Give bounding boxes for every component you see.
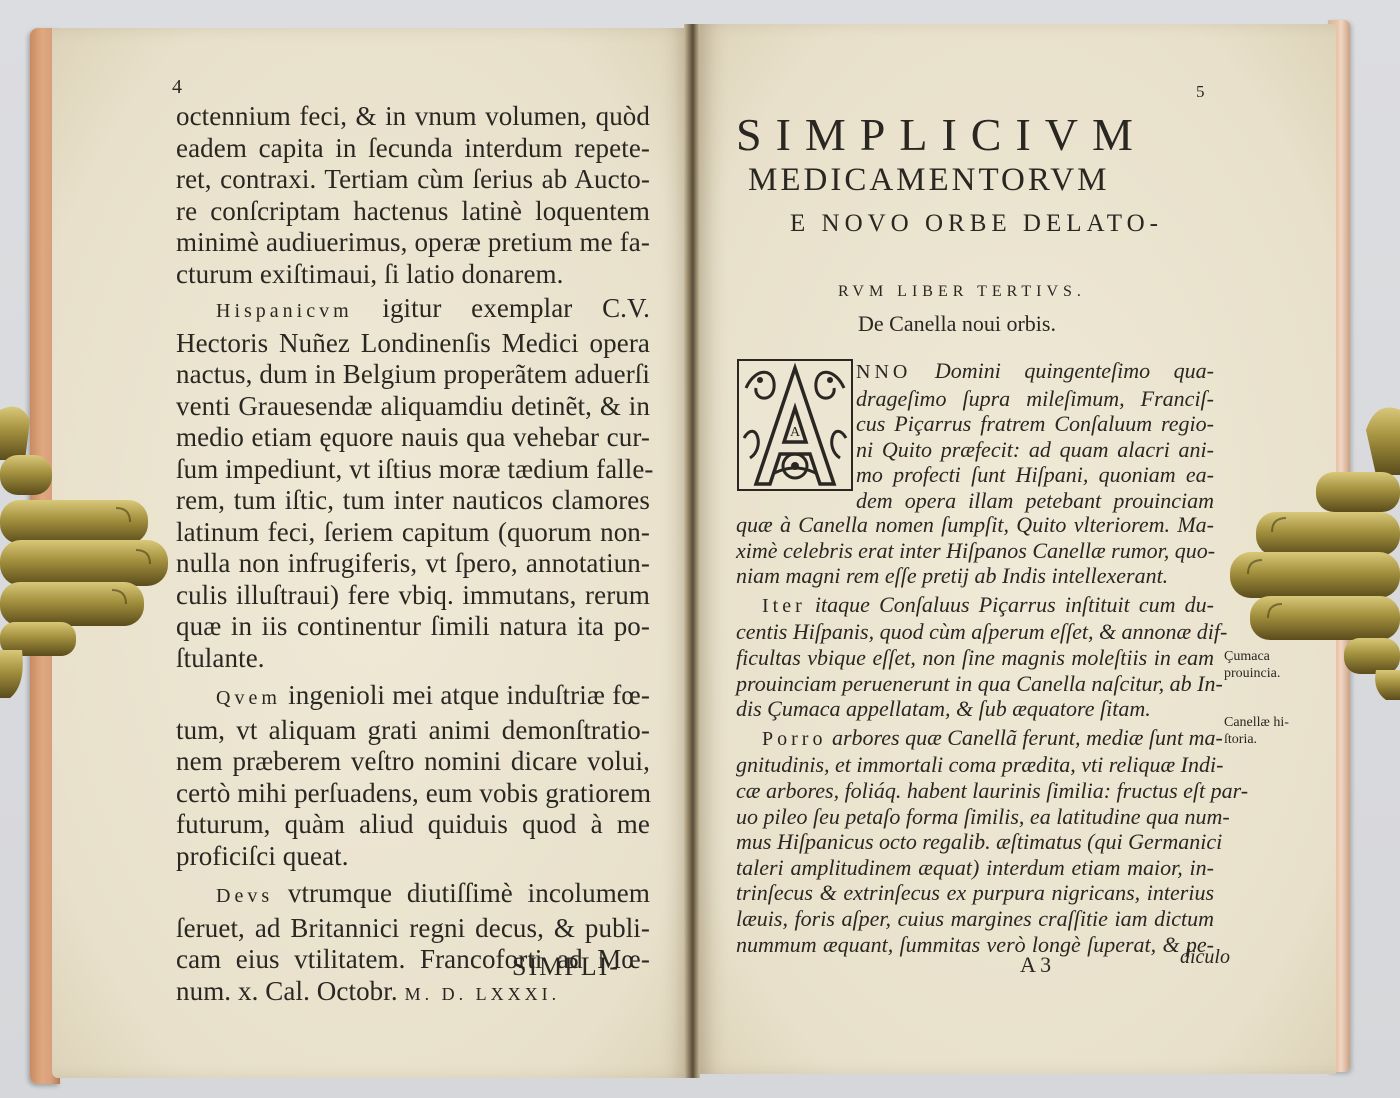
text-line: cturum exiſtimaui, ſi latio donarem.	[176, 259, 650, 291]
paragraph-start: Devs vtrumque diutiſſimè incolumem	[176, 878, 650, 913]
text-line: mo profecti ſunt Hiſpani, quoniam ea-	[856, 462, 1214, 488]
text-line: ficultas vbique eſſet, non ſine magnis m…	[736, 645, 1214, 671]
text-line: octennium feci, & in vnum volumen, quòd	[176, 101, 650, 133]
title-line-1: SIMPLICIVM	[736, 108, 1211, 161]
text-line: quæ in iis continentur ſimili natura ita…	[176, 611, 650, 643]
text-line: re conſcriptam hactenus latinè loquentem	[176, 196, 650, 228]
text-line: venti Grauesendæ aliquamdiu detinẽt, & i…	[176, 391, 650, 423]
text-line: ni Quito præfecit: ad quam alacri ani-	[856, 437, 1214, 463]
date-small-caps: M. D. LXXXI.	[405, 984, 561, 1004]
marginal-note: Canellæ hi- ſtoria.	[1224, 714, 1289, 748]
text-line: ximè celebris erat inter Hiſpanos Canell…	[736, 538, 1214, 564]
catchword-left: SIMPLI-	[512, 952, 620, 982]
svg-text:A: A	[790, 425, 801, 440]
text-line: læuis, foris aſper, cuius margines craſſ…	[736, 906, 1214, 932]
text-line: ſum impediunt, vt iſtius moræ tædium fal…	[176, 454, 650, 486]
text-line: nem præberem veſtro nomini dicare volui,	[176, 746, 650, 778]
folio-right: 5	[1196, 82, 1205, 102]
text-line: quæ à Canella nomen ſumpſit, Quito vlter…	[736, 512, 1214, 538]
photo-scene: 4 octennium feci, & in vnum volumen, quò…	[0, 0, 1400, 1098]
text-line: taleri amplitudinem æquat) interdum etia…	[736, 855, 1214, 881]
text-line: medio etiam ęquore nauis qua vehebar cur…	[176, 422, 650, 454]
chapter-heading: De Canella noui orbis.	[858, 311, 1056, 337]
text-line: cæ arbores, foliáq. habent laurinis ſimi…	[736, 778, 1214, 804]
text-line: cus Piçarrus fratrem Conſaluum regio-	[856, 411, 1214, 437]
text-line: rem, tum iſtic, tum inter nauticos clamo…	[176, 485, 650, 517]
text-line: ret, contraxi. Tertiam cùm ſerius ab Auc…	[176, 164, 650, 196]
text-line: centis Hiſpanis, quod cùm aſperum eſſet,…	[736, 619, 1214, 645]
small-caps-lead: Qvem	[216, 687, 281, 709]
text-line: mus Hiſpanicus octo regalib. æſtimatus (…	[736, 829, 1214, 855]
text-line: eadem capita in ſecunda interdum repete-	[176, 133, 650, 165]
text-line: proficiſci queat.	[176, 841, 650, 873]
small-caps-lead: Iter	[762, 595, 806, 617]
text-line: ſtulante.	[176, 643, 650, 675]
text-line: tum, vt aliquam grati animi demonſtratio…	[176, 715, 650, 747]
paragraph-start: NNO Domini quingenteſimo qua-	[856, 358, 1214, 386]
book-gutter	[684, 24, 700, 1078]
right-para-1-top: NNO Domini quingenteſimo qua- drageſimo …	[856, 358, 1214, 514]
folio-left: 4	[172, 76, 182, 99]
text-line: nummum æquant, ſummitas verò longè ſuper…	[736, 932, 1214, 958]
text-line: nactus, dum in Belgium properãtem aduerſ…	[176, 359, 650, 391]
signature-mark: A 3	[1020, 952, 1051, 978]
text-line: gnitudinis, et immortali coma prædita, v…	[736, 752, 1214, 778]
right-text-block: quæ à Canella nomen ſumpſit, Quito vlter…	[736, 512, 1214, 957]
small-caps-lead: NNO	[856, 361, 911, 383]
text-line: uo pileo ſeu petaſo forma ſimilis, ea la…	[736, 804, 1214, 830]
text-line: niam magni rem eſſe pretij ab Indis inte…	[736, 563, 1214, 589]
text-line: nulla non infrugiferis, vt ſpero, annota…	[176, 548, 650, 580]
text-line: trinſecus & extrinſecus ex purpura nigri…	[736, 880, 1214, 906]
text-line: latinum feci, ſeriem capitum (quorum non…	[176, 517, 650, 549]
text-line: dis Çumaca appellatam, & ſub æquatore ſi…	[736, 696, 1214, 722]
catchword-right: diculo	[1180, 946, 1230, 969]
paragraph-start: Porro arbores quæ Canellã ferunt, mediæ …	[736, 725, 1214, 753]
text-line: culis illuſtraui) fere vbiq. immutans, r…	[176, 580, 650, 612]
paragraph-start: Hispanicvm igitur exemplar C.V.	[176, 293, 650, 328]
text-line: minimè audiuerimus, operæ pretium me fa-	[176, 227, 650, 259]
left-text-block: octennium feci, & in vnum volumen, quòd …	[176, 101, 650, 1010]
paragraph-start: Qvem ingenioli mei atque induſtriæ fœ-	[176, 680, 650, 715]
text-line: drageſimo ſupra mileſimum, Franciſ-	[856, 386, 1214, 412]
title-line-4: RVM LIBER TERTIVS.	[838, 283, 1138, 301]
title-line-2: MEDICAMENTORVM	[748, 162, 1178, 199]
brass-hand-clip-left-icon	[0, 400, 175, 700]
title-line-3: E NOVO ORBE DELATO-	[790, 210, 1160, 238]
text-line: certò mihi perſuadens, eum vobis gratior…	[176, 778, 650, 810]
small-caps-lead: Devs	[216, 885, 273, 907]
small-caps-lead: Porro	[762, 728, 826, 750]
text-line: futurum, quàm aliud quiduis quod à me	[176, 809, 650, 841]
paragraph-start: Iter itaque Conſaluus Piçarrus inſtituit…	[736, 592, 1214, 620]
brass-hand-clip-right-icon	[1226, 400, 1400, 700]
small-caps-lead: Hispanicvm	[216, 300, 353, 322]
text-line: Hectoris Nuñez Londinenſis Medici opera	[176, 328, 650, 360]
text-line: dem opera illam petebant prouinciam	[856, 488, 1214, 514]
text-line: prouinciam peruenerunt in qua Canella na…	[736, 671, 1214, 697]
decorated-initial-icon: A	[736, 358, 854, 492]
text-line: ſeruet, ad Britannici regni decus, & pub…	[176, 913, 650, 945]
